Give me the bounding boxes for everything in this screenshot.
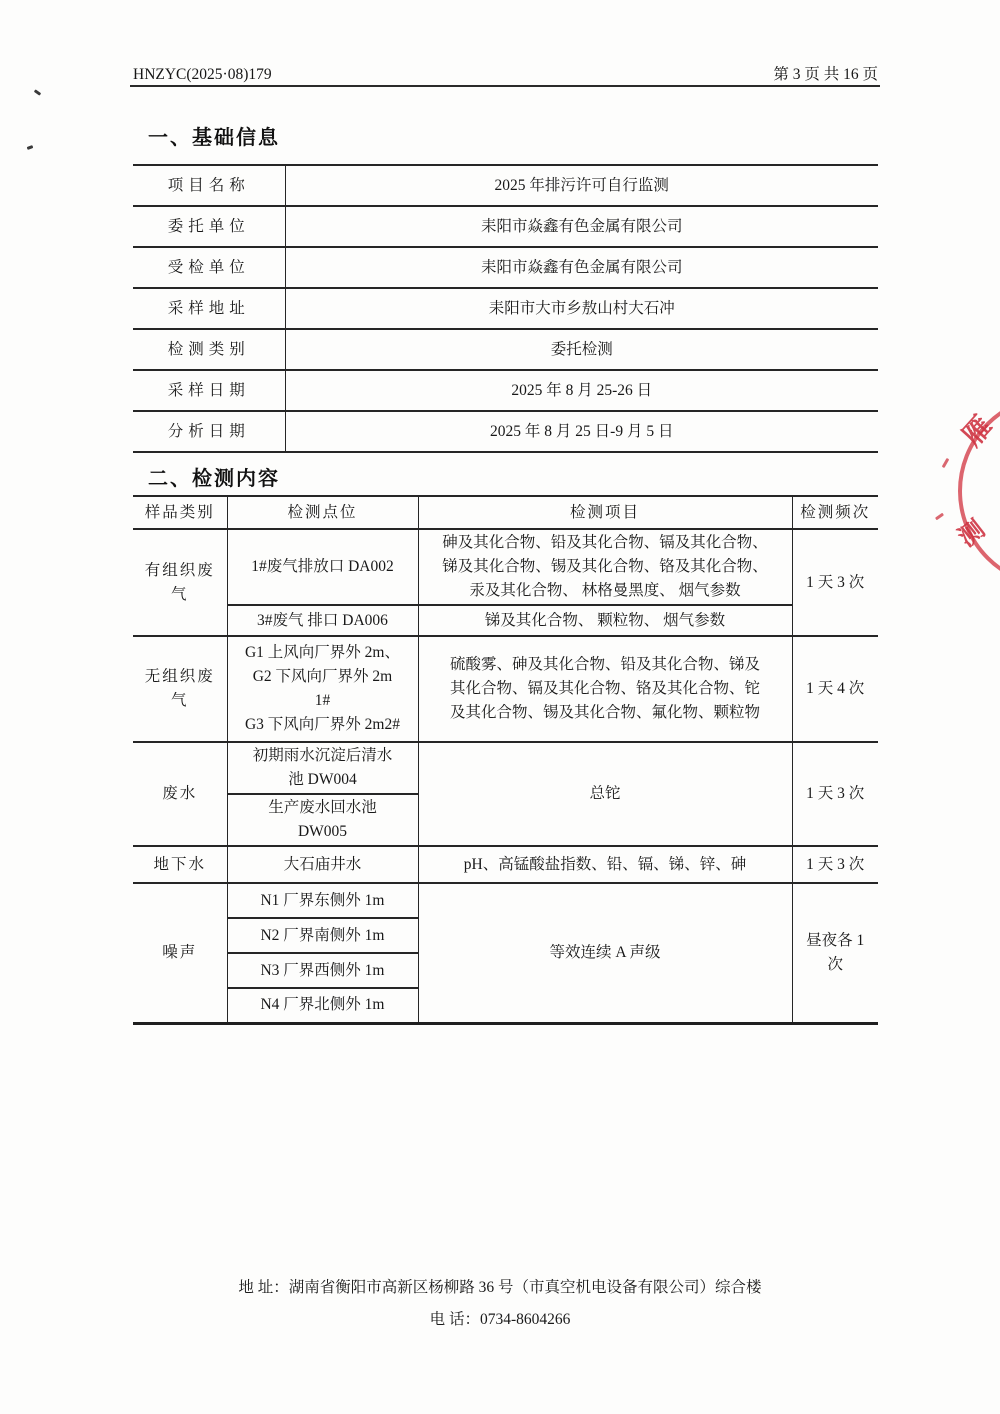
point-cell: 初期雨水沉淀后清水 池 DW004 (227, 742, 418, 794)
page-header: HNZYC(2025·08)179 第 3 页 共 16 页 (133, 62, 878, 84)
point-cell: 1#废气排放口 DA002 (227, 529, 418, 605)
point-cell: 3#废气 排口 DA006 (227, 605, 418, 636)
table-row: 采样地址 耒阳市大市乡敖山村大石冲 (133, 288, 878, 329)
frequency-cell: 1 天 3 次 (792, 529, 878, 636)
page-footer: 地 址：湖南省衡阳市高新区杨柳路 36 号（市真空机电设备有限公司）综合楼 电 … (15, 1272, 985, 1336)
scan-artifact (27, 145, 34, 150)
section1-title: 一、基础信息 (148, 121, 280, 150)
items-cell: 等效连续 A 声级 (418, 883, 792, 1023)
items-cell: 锑及其化合物、 颗粒物、 烟气参数 (418, 605, 792, 636)
category-organized-gas: 有组织废 气 (133, 529, 227, 636)
category-noise: 噪声 (133, 883, 227, 1023)
row-label: 受检单位 (133, 247, 285, 288)
point-cell: N3 厂界西侧外 1m (227, 953, 418, 988)
report-code: HNZYC(2025·08)179 (133, 66, 272, 84)
red-seal-mark (942, 458, 950, 468)
point-cell: N1 厂界东侧外 1m (227, 883, 418, 918)
row-value: 2025 年 8 月 25 日-9 月 5 日 (285, 411, 878, 452)
row-label: 项目名称 (133, 165, 285, 206)
table-row: 无组织废 气 G1 上风向厂界外 2m、 G2 下风向厂界外 2m 1# G3 … (133, 636, 878, 742)
header-row: 样品类别 检测点位 检测项目 检测频次 (133, 496, 878, 529)
scan-artifact (34, 89, 41, 95)
table-row: 受检单位 耒阳市焱鑫有色金属有限公司 (133, 247, 878, 288)
row-value: 耒阳市焱鑫有色金属有限公司 (285, 247, 878, 288)
col-header-frequency: 检测频次 (792, 496, 878, 529)
items-cell: 总铊 (418, 742, 792, 846)
row-label: 检测类别 (133, 329, 285, 370)
table-row: 委托单位 耒阳市焱鑫有色金属有限公司 (133, 206, 878, 247)
row-value: 2025 年 8 月 25-26 日 (285, 370, 878, 411)
row-value: 耒阳市大市乡敖山村大石冲 (285, 288, 878, 329)
monitoring-table: 样品类别 检测点位 检测项目 检测频次 有组织废 气 1#废气排放口 DA002… (133, 495, 878, 1025)
row-value: 耒阳市焱鑫有色金属有限公司 (285, 206, 878, 247)
table-row: 有组织废 气 1#废气排放口 DA002 砷及其化合物、铅及其化合物、镉及其化合… (133, 529, 878, 605)
table-row: 地下水 大石庙井水 pH、高锰酸盐指数、铅、镉、锑、锌、砷 1 天 3 次 (133, 846, 878, 883)
basic-info-table: 项目名称 2025 年排污许可自行监测 委托单位 耒阳市焱鑫有色金属有限公司 受… (133, 164, 878, 453)
frequency-cell: 1 天 4 次 (792, 636, 878, 742)
row-label: 采样日期 (133, 370, 285, 411)
point-cell: G1 上风向厂界外 2m、 G2 下风向厂界外 2m 1# G3 下风向厂界外 … (227, 636, 418, 742)
row-value: 委托检测 (285, 329, 878, 370)
category-fugitive-gas: 无组织废 气 (133, 636, 227, 742)
frequency-cell: 1 天 3 次 (792, 846, 878, 883)
row-label: 采样地址 (133, 288, 285, 329)
category-groundwater: 地下水 (133, 846, 227, 883)
col-header-point: 检测点位 (227, 496, 418, 529)
items-cell: 硫酸雾、砷及其化合物、铅及其化合物、锑及 其化合物、镉及其化合物、铬及其化合物、… (418, 636, 792, 742)
section2-title: 二、检测内容 (148, 462, 280, 491)
table-row: 采样日期 2025 年 8 月 25-26 日 (133, 370, 878, 411)
col-header-sample-type: 样品类别 (133, 496, 227, 529)
col-header-items: 检测项目 (418, 496, 792, 529)
frequency-cell: 昼夜各 1 次 (792, 883, 878, 1023)
table-row: 检测类别 委托检测 (133, 329, 878, 370)
table-row: 项目名称 2025 年排污许可自行监测 (133, 165, 878, 206)
point-cell: N2 厂界南侧外 1m (227, 918, 418, 953)
table-row: 噪声 N1 厂界东侧外 1m 等效连续 A 声级 昼夜各 1 次 (133, 883, 878, 918)
row-label: 分析日期 (133, 411, 285, 452)
frequency-cell: 1 天 3 次 (792, 742, 878, 846)
footer-phone: 电 话：0734-8604266 (15, 1304, 985, 1336)
table-row: 3#废气 排口 DA006 锑及其化合物、 颗粒物、 烟气参数 (133, 605, 878, 636)
items-cell: pH、高锰酸盐指数、铅、镉、锑、锌、砷 (418, 846, 792, 883)
footer-address: 地 址：湖南省衡阳市高新区杨柳路 36 号（市真空机电设备有限公司）综合楼 (15, 1272, 985, 1304)
red-seal-mark (935, 513, 944, 521)
document-page: HNZYC(2025·08)179 第 3 页 共 16 页 一、基础信息 项目… (0, 0, 1000, 1414)
point-cell: 大石庙井水 (227, 846, 418, 883)
point-cell: N4 厂界北侧外 1m (227, 988, 418, 1023)
header-rule (130, 85, 880, 87)
category-wastewater: 废水 (133, 742, 227, 846)
row-value: 2025 年排污许可自行监测 (285, 165, 878, 206)
page-number: 第 3 页 共 16 页 (773, 62, 878, 84)
point-cell: 生产废水回水池 DW005 (227, 794, 418, 846)
table-row: 分析日期 2025 年 8 月 25 日-9 月 5 日 (133, 411, 878, 452)
items-cell: 砷及其化合物、铅及其化合物、镉及其化合物、 锑及其化合物、锡及其化合物、铬及其化… (418, 529, 792, 605)
row-label: 委托单位 (133, 206, 285, 247)
table-row: 废水 初期雨水沉淀后清水 池 DW004 总铊 1 天 3 次 (133, 742, 878, 794)
